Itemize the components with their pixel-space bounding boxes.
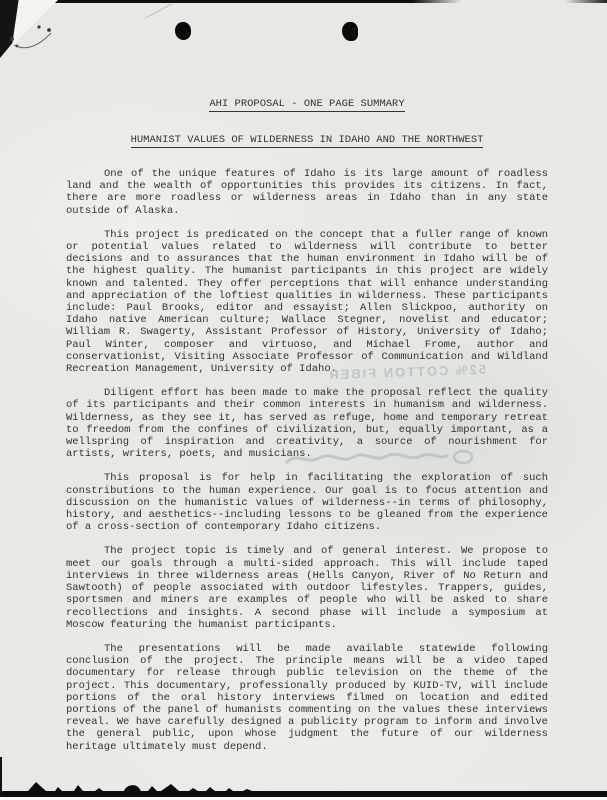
paragraph: The project topic is timely and of gener… xyxy=(66,545,548,630)
scan-top-edge xyxy=(0,0,607,3)
document-title: HUMANIST VALUES OF WILDERNESS IN IDAHO A… xyxy=(66,134,548,148)
document-title-text: HUMANIST VALUES OF WILDERNESS IN IDAHO A… xyxy=(131,134,484,148)
hole-punch-icon xyxy=(175,22,191,40)
crease-mark xyxy=(145,4,172,19)
pen-scribble-mark xyxy=(5,20,63,62)
paragraph: This proposal is for help in facilitatin… xyxy=(66,472,548,533)
document-header-text: AHI PROPOSAL - ONE PAGE SUMMARY xyxy=(209,98,404,112)
document-header: AHI PROPOSAL - ONE PAGE SUMMARY xyxy=(66,98,548,112)
paragraph: One of the unique features of Idaho is i… xyxy=(66,168,548,217)
paragraph: This project is predicated on the concep… xyxy=(66,229,548,375)
scan-left-edge xyxy=(0,757,2,797)
scanned-document-page: AHI PROPOSAL - ONE PAGE SUMMARY HUMANIST… xyxy=(0,0,607,800)
paragraph: The presentations will be made available… xyxy=(66,643,548,753)
script-watermark xyxy=(283,447,483,471)
hole-punch-icon xyxy=(342,22,358,41)
